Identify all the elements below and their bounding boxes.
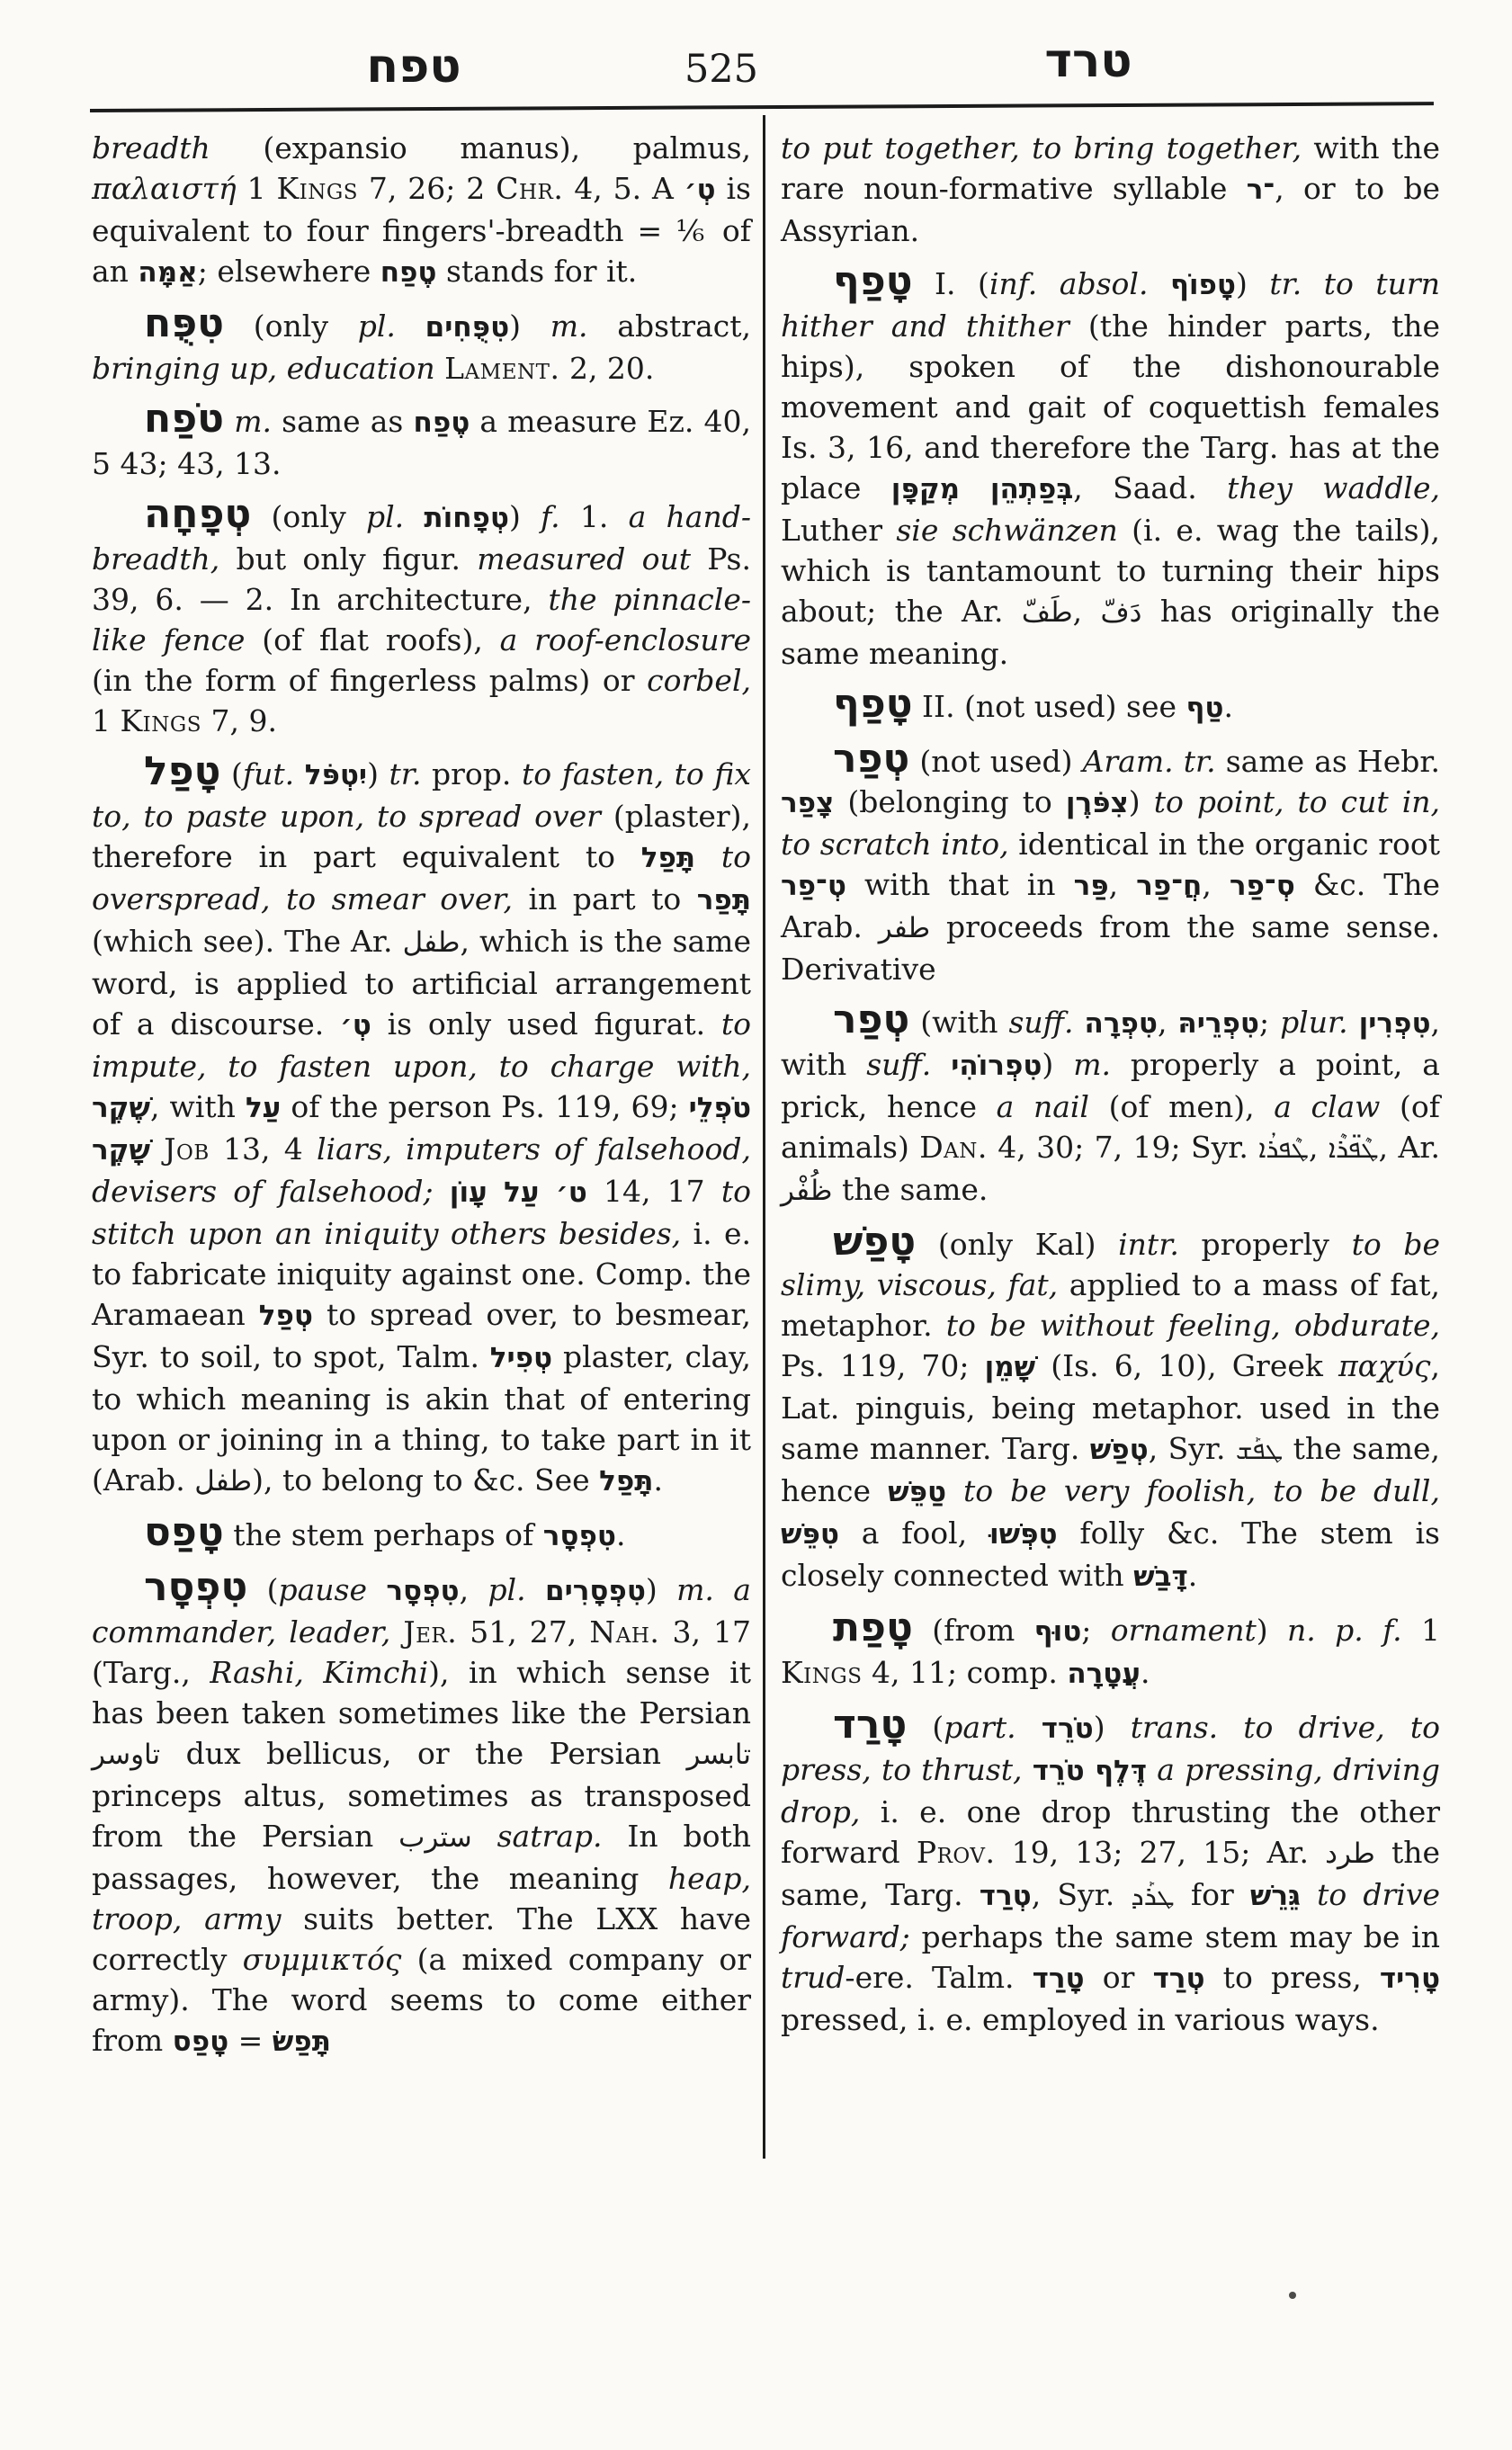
text-run: , (460, 1572, 488, 1607)
text-run: a nail (997, 1089, 1089, 1124)
text-run: a roof-enclosure (500, 622, 751, 657)
text-run: pl. (488, 1572, 525, 1607)
text-run: ) (1236, 266, 1269, 301)
text-run (1301, 1877, 1317, 1912)
hebrew-headword: טָפַף (833, 258, 913, 304)
text-run: (only (251, 499, 366, 534)
text-run: (which see). The Ar. (92, 924, 403, 959)
text-run: or (1085, 1960, 1153, 1995)
text-run: 7, 9. (201, 703, 277, 738)
text-run: m. (676, 1572, 714, 1607)
text-run (1348, 1005, 1359, 1040)
text-run: 4, 11; comp. (863, 1655, 1068, 1690)
text-run: (belonging to (834, 784, 1066, 819)
right-column: to put together, to bring together, with… (781, 128, 1440, 2040)
text-run (224, 404, 234, 439)
text-run: abstract, (588, 308, 751, 344)
text-run: שֶׁקֶר (92, 1092, 150, 1124)
text-run: פַּר (1074, 870, 1109, 902)
text-run (435, 351, 445, 386)
text-run: סְ־פַר (1230, 870, 1295, 902)
text-run: ) (509, 308, 550, 344)
text-run: טְפַל (259, 1300, 313, 1332)
text-run: ظُفْر (781, 1175, 832, 1207)
text-run (946, 1473, 963, 1508)
text-run: prop. (421, 756, 522, 791)
text-run (1218, 1710, 1243, 1745)
text-run: (only (224, 308, 358, 344)
text-run: ornament (1111, 1613, 1257, 1648)
text-run: trans. (1131, 1710, 1218, 1745)
text-run: Luther (781, 513, 896, 548)
left-column: breadth (expansio manus), palmus, παλαισ… (92, 128, 751, 2062)
text-run: παχύς (1338, 1348, 1431, 1383)
text-run (396, 308, 425, 344)
hebrew-headword: טְפָחָה (144, 491, 251, 537)
text-run: , Ar. (1379, 1130, 1440, 1165)
text-run (367, 1572, 386, 1607)
text-run: طَفّ (1022, 596, 1073, 629)
text-run: ( (907, 1710, 944, 1745)
text-run: 1 (92, 703, 121, 738)
text-run: , (1073, 594, 1101, 629)
text-run: plur. (1280, 1005, 1348, 1040)
text-run: (with (909, 1005, 1008, 1040)
text-run: . (1188, 1558, 1198, 1593)
text-run: identical in the organic root (1009, 827, 1440, 862)
text-run: Nah. (589, 1614, 659, 1650)
text-run: the same. (832, 1172, 988, 1207)
continuation-paragraph: to put together, to bring together, with… (781, 128, 1440, 251)
text-run: , Syr. (1149, 1431, 1236, 1466)
text-run: טֹרֵד (1042, 1712, 1094, 1745)
text-run: טָרַד (1033, 1963, 1085, 1995)
text-run: sie schwänzen (896, 513, 1117, 548)
header-left-catchword: טפח (315, 43, 513, 90)
continuation-paragraph: breadth (expansio manus), palmus, παλαισ… (92, 128, 751, 293)
text-run: ( (220, 756, 242, 791)
dictionary-entry: טִפְסָר (pause טִפְסָר, pl. טִפְסָרִים) … (92, 1568, 751, 2062)
text-run: with that in (846, 867, 1074, 902)
text-run: טַפֵּשׁ (888, 1476, 946, 1508)
column-divider-rule (763, 115, 765, 2159)
text-run: to be very foolish, to be dull, (963, 1473, 1440, 1508)
text-run: 13, 4 (210, 1131, 317, 1167)
text-run: tr. (389, 756, 422, 791)
text-run: Kings (121, 703, 202, 738)
text-run: ( (247, 1572, 278, 1607)
text-run: for (1175, 1877, 1250, 1912)
text-run: 7, 26; 2 (358, 171, 496, 206)
text-run: is only used figurat. (371, 1006, 721, 1042)
text-run: dux bellicus, or the Persian (160, 1736, 686, 1771)
dictionary-page: טפח 525 טרד breadth (expansio manus), pa… (0, 0, 1512, 2450)
text-run: 1. (560, 499, 629, 534)
text-run: (expansio manus), palmus, (210, 130, 751, 165)
text-run: , with (150, 1089, 246, 1124)
text-run: measured out (477, 541, 691, 577)
text-run: דֶּלֶף טֹרֵד (1033, 1755, 1147, 1787)
text-run: same as (272, 404, 414, 439)
text-run: perhaps the same stem may be in (910, 1919, 1440, 1954)
dictionary-entry: טָפַף II. (not used) see טַף. (781, 684, 1440, 729)
text-run: עֲטָרָה (1067, 1658, 1141, 1690)
text-run: טָרִיד (1380, 1963, 1440, 1995)
text-run: ; (1081, 1613, 1111, 1648)
text-run: pause (278, 1572, 367, 1607)
text-run: טוּף (1034, 1615, 1082, 1648)
text-run: תָּפַשׂ (273, 2025, 331, 2058)
text-run: יִטְפֹּל (305, 759, 367, 791)
text-run: (of men), (1089, 1089, 1274, 1124)
text-run: טְפָחוֹת (424, 502, 509, 534)
text-run (472, 1819, 497, 1854)
hebrew-headword: טָפַל (144, 748, 220, 794)
text-run: ܛܶܦܪܳܐ (1258, 1133, 1309, 1164)
dictionary-entry: טָפַל (fut. יִטְפֹּל) tr. prop. to faste… (92, 752, 751, 1502)
text-run: 19, 13; 27, 15; Ar. (995, 1835, 1325, 1870)
text-run: צָפַר (781, 787, 834, 819)
text-run: 1 (1402, 1613, 1440, 1648)
text-run: II. (not used) see (913, 689, 1186, 724)
hebrew-headword: טִפְסָר (144, 1564, 247, 1610)
text-run: תָּפַל (599, 1465, 653, 1498)
text-run: I. ( (913, 266, 989, 301)
text-run: Rashi, Kimchi (210, 1655, 428, 1690)
text-run: Kings (781, 1655, 863, 1690)
text-run: 1 (237, 171, 277, 206)
text-run: pressed, i. e. employed in various ways. (781, 2002, 1380, 2037)
hebrew-headword: טָפַת (833, 1605, 913, 1650)
text-run: pl. (358, 308, 396, 344)
text-run (434, 1174, 450, 1209)
hebrew-headword: טָפַס (144, 1509, 224, 1555)
text-run: m. (234, 404, 272, 439)
text-run (526, 1572, 545, 1607)
text-run: טֶפַח (380, 256, 437, 289)
text-run: , (1158, 1005, 1177, 1040)
text-run: בְּפַתְהֵן מְקַפָּן (891, 473, 1073, 505)
text-run: 2, 20. (559, 351, 654, 386)
text-run: the stem perhaps of (224, 1517, 543, 1552)
hebrew-headword: טָפַף (833, 681, 913, 727)
text-run: same as Hebr. (1216, 744, 1440, 779)
hebrew-headword: טָפַשׁ (833, 1219, 916, 1265)
text-run: . (616, 1517, 626, 1552)
dictionary-entry: טָפַשׁ (only Kal) intr. properly to be s… (781, 1222, 1440, 1597)
text-run: , Syr. (1032, 1877, 1132, 1912)
text-run: ט׳ עַל עָוֹן (450, 1176, 587, 1209)
text-run: חֲ־פַר (1136, 870, 1202, 902)
text-run: تابسر (687, 1739, 751, 1771)
text-run (1302, 266, 1324, 301)
text-run: طفر (879, 912, 930, 944)
text-run: תָּפַר (697, 884, 751, 917)
dictionary-entry: טְפָחָה (only pl. טְפָחוֹת) f. 1. a hand… (92, 495, 751, 741)
text-run: f. (541, 499, 560, 534)
text-run: n. p. f. (1287, 1613, 1402, 1648)
text-run: pl. (366, 499, 404, 534)
text-run: bringing up, education (92, 351, 435, 386)
text-run: stands for it. (436, 254, 637, 289)
hebrew-headword: טִפֻּח (144, 300, 224, 346)
text-run: טְרַד (1153, 1963, 1205, 1995)
text-run: Lament. (444, 351, 559, 386)
dictionary-entry: טָפַס the stem perhaps of טִפְסָר. (92, 1513, 751, 1557)
text-run: Chr. (496, 171, 563, 206)
text-run: שָׁמֵן (985, 1351, 1036, 1383)
text-run: a claw (1274, 1089, 1380, 1124)
text-run: טִפְרֵיהּ (1177, 1007, 1259, 1040)
text-run: part. (944, 1710, 1015, 1745)
text-run: trud (781, 1960, 845, 1995)
text-run: Aram. tr. (1083, 744, 1216, 779)
text-run: سترب (398, 1821, 472, 1854)
text-run: to put together, to bring together, (781, 130, 1302, 165)
text-run: tr. (1269, 266, 1302, 301)
text-run: Dan. (919, 1130, 988, 1165)
hebrew-headword: טָרַד (833, 1702, 907, 1748)
text-run: טְ׳ (340, 1009, 371, 1042)
text-run: ) (509, 499, 541, 534)
hebrew-headword: טְפַר (833, 736, 909, 782)
text-run: satrap. (497, 1819, 603, 1854)
text-run: תָּפַל (641, 842, 695, 874)
text-run: ܛܶܦ̈ܪܶܐ (1329, 1133, 1379, 1164)
text-run: 4, 5. A (563, 171, 684, 206)
text-run: טִפְּשׁוּ (989, 1518, 1058, 1551)
text-run: طفل (194, 1465, 252, 1498)
text-run: طفل (403, 926, 461, 959)
text-run: טְרַד (980, 1880, 1032, 1912)
text-run: ) (1257, 1613, 1287, 1648)
text-run (695, 839, 721, 874)
text-run: טַף (1186, 692, 1224, 724)
text-run (931, 1047, 951, 1082)
text-run: suff. (866, 1047, 931, 1082)
text-run (1023, 1752, 1033, 1787)
text-run: = (228, 2023, 273, 2058)
text-run: ) (367, 756, 389, 791)
text-run: to press, (1205, 1960, 1380, 1995)
text-run: suff. (1008, 1005, 1073, 1040)
text-run: تاوسر (92, 1739, 160, 1771)
header-right-catchword: טרד (989, 38, 1187, 85)
text-run: ) (1042, 1047, 1073, 1082)
text-run: συμμικτός (243, 1942, 402, 1977)
text-run: دَفّ (1101, 596, 1142, 629)
dictionary-entry: טֹפַח m. same as טֶפַח a measure Ez. 40,… (92, 399, 751, 484)
text-run: 51, 27, (457, 1614, 589, 1650)
text-run: טְ׳ (684, 174, 716, 206)
text-run: . (1141, 1655, 1150, 1690)
dictionary-entry: טְפַר (not used) Aram. tr. same as Hebr.… (781, 739, 1440, 989)
text-run: ܛܪܰܕ (1131, 1881, 1174, 1911)
text-run: טִפְסָרִים (545, 1575, 646, 1607)
text-run: corbel, (647, 663, 751, 698)
text-run (150, 1131, 164, 1167)
text-run: fut. (243, 756, 294, 791)
text-run: טִפְסָר (386, 1575, 459, 1607)
text-run: -ere. Talm. (845, 1960, 1032, 1995)
text-run: ; (1259, 1005, 1280, 1040)
text-run: a fool, (839, 1516, 989, 1551)
page-number: 525 (649, 50, 793, 89)
text-run: m. (1073, 1047, 1111, 1082)
text-run: Job (164, 1131, 210, 1167)
ink-speck (1289, 2292, 1296, 2299)
text-run (714, 1572, 733, 1607)
text-run: ) (646, 1572, 676, 1607)
dictionary-entry: טָפַת (from טוּף; ornament) n. p. f. 1 K… (781, 1608, 1440, 1694)
text-run: טְפִיל (490, 1342, 552, 1374)
text-run: טְפַשׁ (1090, 1434, 1149, 1466)
text-run: ; elsewhere (198, 254, 380, 289)
text-run: of the person Ps. 119, 69; (281, 1089, 688, 1124)
text-run: עַל (246, 1092, 281, 1124)
dictionary-entry: טְפַר (with suff. טִפְרָה, טִפְרֵיהּ; pl… (781, 1000, 1440, 1212)
text-run: (not used) (909, 744, 1082, 779)
text-run: ) (1129, 784, 1154, 819)
text-run: טָפוֹף (1170, 269, 1236, 301)
text-run: טֶפַח (414, 407, 470, 439)
text-run: m. (550, 308, 588, 344)
text-run: טִפֵּשׁ (781, 1518, 839, 1551)
text-run (1074, 1005, 1085, 1040)
hebrew-headword: טֹפַח (144, 396, 224, 442)
text-run (1016, 1710, 1042, 1745)
hebrew-headword: טְפַר (833, 997, 909, 1042)
text-run: , Saad. (1073, 470, 1227, 505)
dictionary-entry: טָרַד (part. טֹרֵד) trans. to drive, to … (781, 1705, 1440, 2040)
text-run: , (1109, 867, 1137, 902)
text-run: , (1309, 1130, 1329, 1165)
text-run: . (653, 1462, 663, 1498)
text-run (404, 499, 424, 534)
text-run: , (1202, 867, 1230, 902)
dictionary-entry: טָפַף I. (inf. absol. טָפוֹף) tr. to tur… (781, 262, 1440, 674)
text-run: they waddle, (1227, 470, 1440, 505)
text-run: גֵּרֵשׁ (1250, 1880, 1301, 1912)
text-run: אַמָּה (138, 256, 197, 289)
text-run (1147, 1752, 1157, 1787)
text-run (1148, 266, 1170, 301)
text-run: טְ־פַר (781, 870, 846, 902)
text-run: but only figur. (219, 541, 477, 577)
text-run: טָפַס (173, 2025, 229, 2058)
text-run: παλαιστή (92, 171, 237, 206)
text-run: Prov. (917, 1835, 996, 1870)
text-run: ), to belong to &c. See (252, 1462, 599, 1498)
text-run: ) (1094, 1710, 1131, 1745)
text-run: טִפְסָר (543, 1520, 616, 1552)
text-run: (in the form of fingerless palms) or (92, 663, 647, 698)
text-run: (only Kal) (916, 1227, 1118, 1262)
text-run (294, 756, 305, 791)
text-run: ܛܦܰܫ (1236, 1435, 1283, 1465)
text-run: (Is. 6, 10), Greek (1035, 1348, 1338, 1383)
text-run: (of flat roofs), (245, 622, 499, 657)
text-run: طرد (1325, 1837, 1375, 1870)
text-run: 4, 30; 7, 19; Syr. (988, 1130, 1258, 1165)
dictionary-entry: טִפֻּח (only pl. טִפֻּחִים) m. abstract,… (92, 304, 751, 389)
text-run: properly (1179, 1227, 1352, 1262)
text-run: (from (913, 1613, 1034, 1648)
text-run: to be without feeling, obdurate, (946, 1308, 1440, 1343)
text-run: Ps. 119, 70; (781, 1348, 985, 1383)
text-run: טִפְרָה (1085, 1007, 1158, 1040)
text-run: 14, 17 (587, 1174, 721, 1209)
text-run: . (1223, 689, 1233, 724)
text-run: דָּבַשׁ (1133, 1560, 1188, 1593)
text-run: in part to (513, 881, 697, 917)
text-run: Kings (276, 171, 358, 206)
text-run: intr. (1118, 1227, 1179, 1262)
text-run (390, 1614, 403, 1650)
text-run: ־ר (1247, 174, 1275, 206)
text-run: טִפְרוֹהִי (951, 1050, 1042, 1082)
text-run: צִפֹּרֶן (1066, 787, 1129, 819)
text-run: טִפֻּחִים (425, 311, 509, 344)
text-run: inf. absol. (989, 266, 1149, 301)
text-run: טִפְרִין (1359, 1007, 1431, 1040)
header-rule (90, 102, 1434, 112)
text-run: Jer. (403, 1614, 457, 1650)
text-run: breadth (92, 130, 210, 165)
